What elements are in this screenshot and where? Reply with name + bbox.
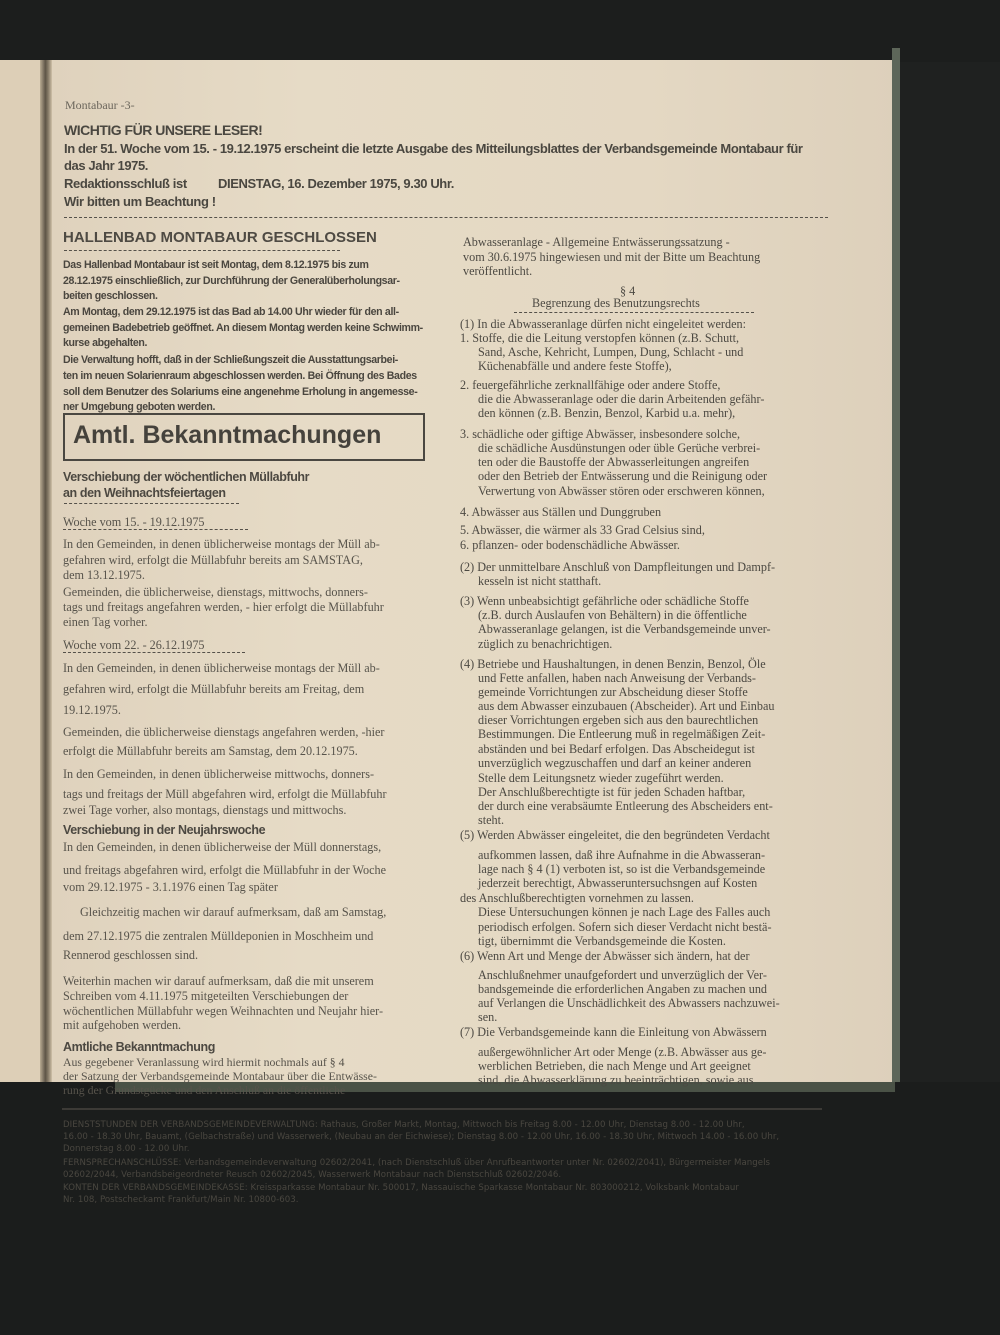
neujahr-line: und freitags abgefahren wird, erfolgt di… <box>63 863 386 878</box>
footer-line: Donnerstag 8.00 - 12.00 Uhr. <box>63 1144 190 1154</box>
regulation-line: sind, die Abwasserklärung zu beeinträcht… <box>478 1073 754 1088</box>
hallenbad-line: kurse abgehalten. <box>63 336 147 352</box>
muell-title: Verschiebung der wöchentlichen Müllabfuh… <box>63 470 309 484</box>
muell-line: In den Gemeinden, in denen üblicherweise… <box>63 537 380 552</box>
regulation-line: (1) In die Abwasseranlage dürfen nicht e… <box>460 317 746 332</box>
regulation-line: 2. feuergefährliche zerknallfähige oder … <box>460 378 720 393</box>
regulation-line: ten oder die Baustoffe der Abwasserleitu… <box>478 455 749 470</box>
regulation-line: auf Verlangen die Unschädlichkeit des Ab… <box>478 996 780 1011</box>
muell-line: dem 13.12.1975. <box>63 568 145 583</box>
aufgehoben-line: mit aufgehoben werden. <box>63 1018 181 1033</box>
regulation-line: jederzeit berechtigt, Abwasseruntersuchs… <box>478 876 757 891</box>
intro-line: veröffentlicht. <box>463 264 532 279</box>
footer-line: 16.00 - 18.30 Uhr, Bauamt, (Gelbachstraß… <box>63 1132 779 1142</box>
regulation-line: abständen und bei Bedarf erfolgen. Das A… <box>478 742 755 757</box>
regulation-line: 5. Abwässer, die wärmer als 33 Grad Cels… <box>460 523 705 538</box>
notice-deadline-value: DIENSTAG, 16. Dezember 1975, 9.30 Uhr. <box>218 176 454 191</box>
heading-underline <box>63 652 245 653</box>
regulation-line: Anschlußnehmer unaufgefordert und unverz… <box>478 968 767 983</box>
page-header: Montabaur -3- <box>65 98 135 113</box>
muell-line: gefahren wird, erfolgt die Müllabfuhr be… <box>63 553 363 568</box>
regulation-line: Sand, Asche, Kehricht, Lumpen, Dung, Sch… <box>478 345 743 360</box>
aufgehoben-line: wöchentlichen Müllabfuhr wegen Weihnacht… <box>63 1004 383 1019</box>
regulation-line: aus dem Abwasser einzubauen (Abscheider)… <box>478 699 774 714</box>
notice-line: Wir bitten um Beachtung ! <box>64 194 216 209</box>
regulation-line: periodisch erfolgen. Sofern sich dieser … <box>478 920 772 935</box>
muell-title: an den Weihnachtsfeiertagen <box>63 486 226 500</box>
neujahr-line: vom 29.12.1975 - 3.1.1976 einen Tag spät… <box>63 880 278 895</box>
regulation-line: Abwasseranlage gelangen, ist die Verband… <box>478 622 771 637</box>
muell-line: In den Gemeinden, in denen üblicherweise… <box>63 661 380 676</box>
regulation-line: steht. <box>478 813 504 828</box>
deponie-line: dem 27.12.1975 die zentralen Mülldeponie… <box>63 929 373 944</box>
regulation-line: die schädliche Ausdünstungen oder üble G… <box>478 441 760 456</box>
muell-line: 19.12.1975. <box>63 703 121 718</box>
regulation-line: 4. Abwässer aus Ställen und Dunggruben <box>460 505 661 520</box>
notice-title: WICHTIG FÜR UNSERE LESER! <box>64 122 262 138</box>
muell-line: Gemeinden, die üblicherweise, dienstags,… <box>63 585 368 600</box>
footer-line: Nr. 108, Postscheckamt Frankfurt/Main Nr… <box>63 1195 299 1205</box>
hallenbad-line: 28.12.1975 einschließlich, zur Durchführ… <box>63 274 400 290</box>
aufgehoben-line: Schreiben vom 4.11.1975 mitgeteilten Ver… <box>63 989 348 1004</box>
regulation-line: Küchenabfälle und andere feste Stoffe), <box>478 359 672 374</box>
regulation-line: unverzüglich wegzuschaffen und darf an k… <box>478 756 751 771</box>
hallenbad-line: soll dem Benutzer des Solariums eine ang… <box>63 385 417 401</box>
amtliche-line: der Satzung der Verbandsgemeinde Montaba… <box>63 1069 377 1084</box>
muell-line: zwei Tage vorher, also montags, dienstag… <box>63 803 346 818</box>
amtliche-line: Aus gegebener Veranlassung wird hiermit … <box>63 1055 345 1070</box>
regulation-line: die die Abwasseranlage oder die darin Ar… <box>478 392 764 407</box>
notice-deadline-label: Redaktionsschluß ist <box>64 176 187 191</box>
muell-line: Woche vom 22. - 26.12.1975 <box>63 638 205 653</box>
regulation-line: des Anschlußberechtigten vornehmen zu la… <box>460 891 694 906</box>
page-stack-edge <box>892 48 900 1088</box>
aufgehoben-line: Weiterhin machen wir darauf aufmerksam, … <box>63 974 374 989</box>
regulation-line: 1. Stoffe, die die Leitung verstopfen kö… <box>460 331 739 346</box>
amtliche-line: rung der Grundstgücke und den Anschluß a… <box>63 1083 345 1098</box>
muell-line: erfolgt die Müllabfuhr bereits am Samsta… <box>63 744 358 759</box>
amtl-heading: Amtl. Bekanntmachungen <box>73 421 381 450</box>
regulation-line: 6. pflanzen- oder bodenschädliche Abwäss… <box>460 538 680 553</box>
muell-line: Gemeinden, die üblicherweise dienstags a… <box>63 725 384 740</box>
amtliche-title: Amtliche Bekanntmachung <box>63 1040 215 1054</box>
notice-line: das Jahr 1975. <box>64 158 148 173</box>
regulation-line: außergewöhnlicher Art oder Menge (z.B. A… <box>478 1045 766 1060</box>
hallenbad-title: HALLENBAD MONTABAUR GESCHLOSSEN <box>63 229 377 246</box>
footer-rule <box>62 1108 822 1110</box>
intro-line: Abwasseranlage - Allgemeine Entwässerung… <box>463 235 730 250</box>
regulation-line: (4) Betriebe und Haushaltungen, in denen… <box>460 657 766 672</box>
regulation-line: (z.B. durch Auslaufen von Behältern) in … <box>478 608 747 623</box>
regulation-line: züglich zu benachrichtigen. <box>478 637 612 652</box>
hallenbad-line: Die Verwaltung hofft, daß in der Schließ… <box>63 353 398 369</box>
amtl-bekanntmachungen-box: Amtl. Bekanntmachungen <box>63 413 425 461</box>
heading-underline <box>63 529 248 530</box>
regulation-line: und Fette anfallen, haben nach Anweisung… <box>478 671 756 686</box>
muell-line: tags und freitags der Müll abgefahren wi… <box>63 787 387 802</box>
hallenbad-line: Das Hallenbad Montabaur ist seit Montag,… <box>63 258 369 274</box>
hallenbad-line: Am Montag, dem 29.12.1975 ist das Bad ab… <box>63 305 399 321</box>
neujahr-line: In den Gemeinden, in denen üblicherweise… <box>63 840 381 855</box>
regulation-line: der durch eine verabsäumte Entleerung de… <box>478 799 773 814</box>
muell-line: gefahren wird, erfolgt die Müllabfuhr be… <box>63 682 364 697</box>
regulation-line: gemeinde Vorrichtungen zur Abscheidung d… <box>478 685 748 700</box>
muell-line: In den Gemeinden, in denen üblicherweise… <box>63 767 374 782</box>
regulation-line: sen. <box>478 1010 497 1025</box>
regulation-line: aufkommen lassen, daß ihre Aufnahme in d… <box>478 848 765 863</box>
regulation-line: Verwertung von Abwässer stören oder ersc… <box>478 484 765 499</box>
footer-line: DIENSTSTUNDEN DER VERBANDSGEMEINDEVERWAL… <box>63 1120 745 1130</box>
title-underline <box>64 250 340 251</box>
regulation-line: (7) Die Verbandsgemeinde kann die Einlei… <box>460 1025 767 1040</box>
muell-line: tags und freitags angefahren werden, - h… <box>63 600 384 615</box>
regulation-line: dieser Vorrichtungen ergeben sich aus de… <box>478 713 758 728</box>
title-underline <box>64 503 239 504</box>
regulation-line: oder den Betrieb der Entwässerung und di… <box>478 469 767 484</box>
section-title-underline <box>514 312 754 313</box>
muell-line: einen Tag vorher. <box>63 615 148 630</box>
intro-line: vom 30.6.1975 hingewiesen und mit der Bi… <box>463 250 760 265</box>
footer-line: FERNSPRECHANSCHLÜSSE: Verbandsgemeindeve… <box>63 1158 770 1168</box>
hallenbad-line: beiten geschlossen. <box>63 289 158 305</box>
regulation-line: 3. schädliche oder giftige Abwässer, ins… <box>460 427 740 442</box>
regulation-line: Der Anschlußberechtigte ist für jeden Sc… <box>478 785 745 800</box>
regulation-line: kesseln ist nicht statthaft. <box>478 574 601 589</box>
regulation-line: Stelle dem Leitungsnetz wieder zugeführt… <box>478 771 724 786</box>
book-cover-top <box>0 0 1000 62</box>
section-divider <box>64 217 828 218</box>
regulation-line: (3) Wenn unbeabsichtigt gefährliche oder… <box>460 594 749 609</box>
section-title: Begrenzung des Benutzungsrechts <box>532 296 700 311</box>
notice-line: In der 51. Woche vom 15. - 19.12.1975 er… <box>64 141 803 156</box>
regulation-line: Diese Untersuchungen können je nach Lage… <box>478 905 770 920</box>
deponie-line: Rennerod geschlossen sind. <box>63 948 198 963</box>
footer-line: 02602/2044, Verbandsbeigeordneter Reusch… <box>63 1170 561 1180</box>
regulation-line: (6) Wenn Art und Menge der Abwässer sich… <box>460 949 750 964</box>
regulation-line: (5) Werden Abwässer eingeleitet, die den… <box>460 828 770 843</box>
regulation-line: tigt, übernimmt die Verbandsgemeinde die… <box>478 934 726 949</box>
regulation-line: Bestimmungen. Die Entleerung muß in rege… <box>478 727 765 742</box>
deponie-line: Gleichzeitig machen wir darauf aufmerksa… <box>80 905 386 920</box>
regulation-line: (2) Der unmittelbare Anschluß von Dampfl… <box>460 560 775 575</box>
hallenbad-line: ten im neuen Solarienraum abgeschlossen … <box>63 369 417 385</box>
book-gutter <box>40 60 52 1082</box>
hallenbad-line: gemeinen Badebetrieb geöffnet. An diesem… <box>63 321 423 337</box>
regulation-line: den können (z.B. Benzin, Benzol, Karbid … <box>478 406 735 421</box>
muell-line: Woche vom 15. - 19.12.1975 <box>63 515 205 530</box>
regulation-line: lage nach § 4 (1) verboten ist, so ist d… <box>478 862 765 877</box>
regulation-line: werblichen Betrieben, die nach Menge und… <box>478 1059 751 1074</box>
footer-line: KONTEN DER VERBANDSGEMEINDEKASSE: Kreiss… <box>63 1183 739 1193</box>
neujahr-title: Verschiebung in der Neujahrswoche <box>63 823 265 837</box>
regulation-line: bandsgemeinde die erforderlichen Angaben… <box>478 982 767 997</box>
